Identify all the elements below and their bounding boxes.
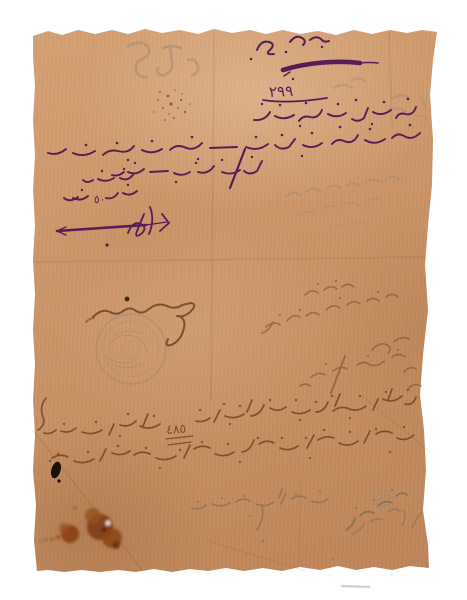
registry-number: ٢٩٩ bbox=[269, 82, 294, 101]
text-slash bbox=[230, 149, 245, 188]
stamp-ink-dot bbox=[125, 297, 130, 302]
dense-text-dots bbox=[57, 389, 409, 469]
paper-creases bbox=[33, 32, 430, 571]
below-paper-marks bbox=[329, 573, 393, 587]
ink-spatter bbox=[153, 89, 191, 121]
note-number: ٥٠ bbox=[94, 194, 105, 206]
dense-text-block bbox=[38, 389, 416, 463]
main-text-block bbox=[48, 107, 420, 236]
margin-mark bbox=[38, 398, 46, 430]
mid-scrawls bbox=[262, 285, 421, 394]
bottom-middle-dots bbox=[197, 490, 334, 560]
seal-stamp bbox=[96, 314, 166, 384]
seal-stains bbox=[40, 507, 122, 550]
dense-row-2 bbox=[52, 431, 414, 463]
note-line-a bbox=[83, 175, 133, 182]
margin-number: ٤٧٥ bbox=[371, 486, 390, 501]
dense-row-1 bbox=[44, 396, 416, 435]
mid-scrawl-dots bbox=[279, 280, 399, 365]
inline-number: ٤٨٥ bbox=[166, 421, 187, 437]
text-line-2 bbox=[48, 133, 420, 155]
ink-blot bbox=[49, 460, 63, 482]
bottom-middle-line bbox=[192, 489, 328, 530]
handwriting-overlay: ٢٩٩ bbox=[0, 0, 467, 600]
inline-number-underline bbox=[166, 436, 193, 445]
pencil-scribbles-top-left bbox=[128, 43, 198, 77]
signature-loops bbox=[128, 207, 169, 236]
pencil-rows-mid-right bbox=[286, 177, 400, 228]
scan-background: ٢٩٩ bbox=[0, 0, 467, 600]
